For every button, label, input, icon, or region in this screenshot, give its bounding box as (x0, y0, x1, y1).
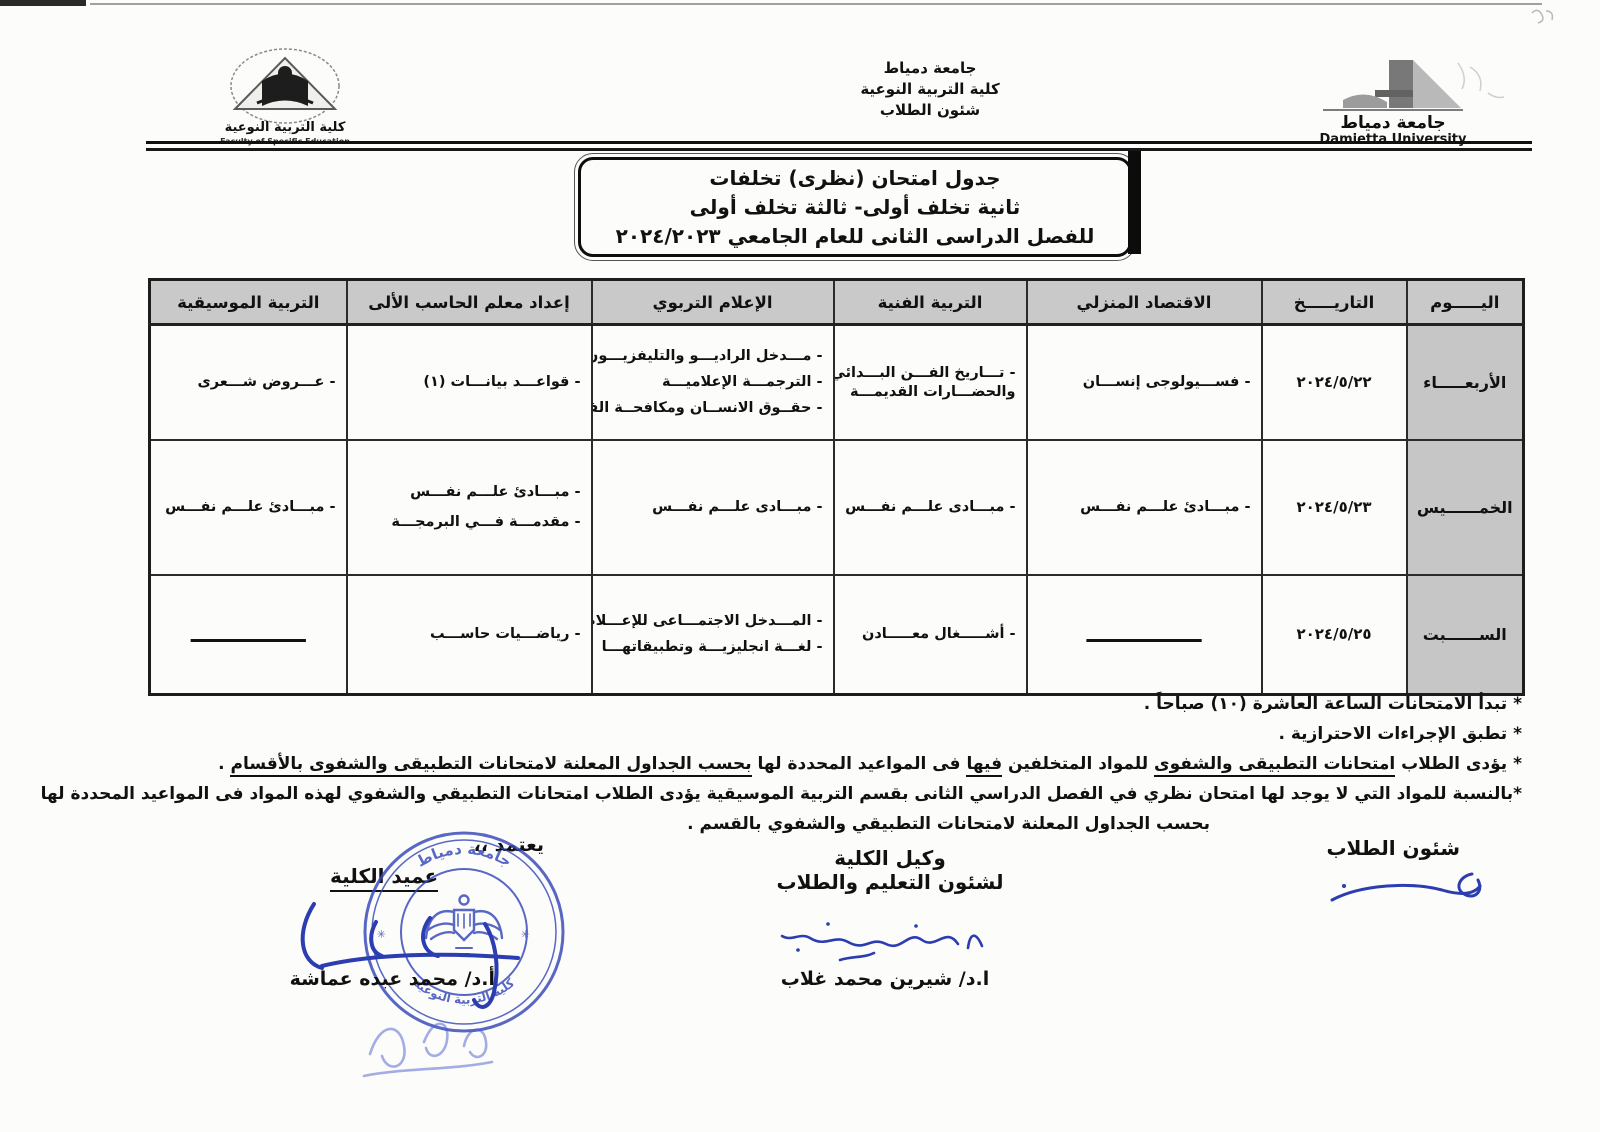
empty-dash: ــــــــــــــ (161, 629, 336, 639)
org-line-university: جامعة دمياط (780, 58, 1080, 79)
col-header-day: اليـــــوم (1407, 280, 1524, 325)
subject-cell: - أشـــــغال معـــــادن (834, 575, 1027, 695)
note-music-dept-cont: بحسب الجداول المعلنة لامتحانات التطبيقي … (687, 814, 1210, 834)
subject-cell: ــــــــــــــ (150, 575, 347, 695)
faculty-logo: كلية التربية النوعية Faculty of Specific… (205, 45, 365, 150)
exam-schedule-table: اليـــــوم التاريـــــخ الاقتصاد المنزلي… (148, 278, 1525, 696)
subject-cell: - فســـيولوجى إنســـان (1027, 325, 1262, 440)
subject-line: - مبـــادى علـــم نفـــس (845, 499, 1016, 515)
subject-cell: - رياضـــيات حاســـب (347, 575, 592, 695)
scan-bar-artifact (1128, 151, 1141, 254)
vice-dean-title-1: وكيل الكلية (770, 846, 1010, 870)
table-row: الأربعـــــاء ٢٠٢٤/٥/٢٢ - فســـيولوجى إن… (150, 325, 1524, 440)
note-segment: . (218, 754, 230, 774)
subject-line: - لغـــة انجليزيـــة وتطبيقاتهـــا (603, 639, 823, 655)
subject-cell: - مبـــادى علـــم نفـــس (834, 440, 1027, 575)
subject-line: - قواعـــد بيانـــات (١) (358, 374, 581, 390)
subject-line: - مبـــادئ علـــم نفـــس (1038, 499, 1251, 515)
subject-cell: - تـــاريخ الفـــن البـــدائي والحضـــار… (834, 325, 1027, 440)
scanned-exam-schedule-page: كلية التربية النوعية Faculty of Specific… (0, 0, 1600, 1132)
vice-dean-block: وكيل الكلية لشئون التعليم والطلاب (770, 846, 1010, 894)
org-line-student-affairs: شئون الطلاب (780, 100, 1080, 121)
note-practical-exams: * يؤدى الطلاب امتحانات التطبيقى والشفوى … (218, 754, 1522, 774)
university-logo-label-en: Damietta University (1320, 132, 1467, 147)
subject-line: - تـــاريخ الفـــن البـــدائي (845, 365, 1016, 381)
subject-cell: - مبـــادى علـــم نفـــس (592, 440, 834, 575)
note-segment: فى المواعيد المحددة لها (752, 754, 967, 774)
subject-cell: - المـــدخل الاجتمـــاعى للإعـــلام - لغ… (592, 575, 834, 695)
subject-line: - الترجمـــة الإعلاميـــة (603, 374, 823, 390)
university-logo: جامعة دمياط Damietta University (1285, 52, 1495, 147)
table-header-row: اليـــــوم التاريـــــخ الاقتصاد المنزلي… (150, 280, 1524, 325)
header-rule-top (146, 141, 1532, 144)
col-header-computer-teacher: إعداد معلم الحاسب الألى (347, 280, 592, 325)
day-cell: الخمــــــيس (1407, 440, 1524, 575)
note-segment: للمواد المتخلفين (1002, 754, 1154, 774)
subject-cell: - عـــروض شـــعرى (150, 325, 347, 440)
vice-dean-name: ا.د/ شيرين محمد غلاب (755, 968, 1015, 990)
col-header-art-education: التربية الفنية (834, 280, 1027, 325)
subject-line: - المـــدخل الاجتمـــاعى للإعـــلام (603, 613, 823, 629)
title-line-1: جدول امتحان (نظرى) تخلفات (581, 164, 1129, 193)
subject-cell: - قواعـــد بيانـــات (١) (347, 325, 592, 440)
subject-cell: - مبـــادئ علـــم نفـــس - مقدمـــة فـــ… (347, 440, 592, 575)
faculty-logo-label-ar: كلية التربية النوعية (225, 120, 346, 135)
org-header: جامعة دمياط كلية التربية النوعية شئون ال… (780, 58, 1080, 121)
subject-cell: - مـــدخل الراديـــو والتليفزيـــون - ال… (592, 325, 834, 440)
subject-line: - عـــروض شـــعرى (161, 374, 336, 390)
exam-title-box: جدول امتحان (نظرى) تخلفات ثانية تخلف أول… (578, 157, 1132, 257)
subject-line: - رياضـــيات حاســـب (358, 626, 581, 642)
header-rule-bottom (146, 148, 1532, 151)
subject-line: - حقــوق الانســان ومكافحــة الفســاد (603, 400, 823, 416)
note-precautions: * تطبق الإجراءات الاحترازية . (1278, 724, 1522, 744)
date-cell: ٢٠٢٤/٥/٢٥ (1262, 575, 1407, 695)
col-header-date: التاريـــــخ (1262, 280, 1407, 325)
subject-line: - مقدمـــة فـــي البرمجـــة (358, 514, 581, 530)
vice-dean-signature (770, 906, 1000, 970)
note-start-time: * تبدأ الامتحانات الساعة العاشرة (١٠) صب… (1144, 694, 1522, 714)
subject-line: - مبـــادى علـــم نفـــس (603, 499, 823, 515)
date-cell: ٢٠٢٤/٥/٢٢ (1262, 325, 1407, 440)
org-line-faculty: كلية التربية النوعية (780, 79, 1080, 100)
subject-cell: ــــــــــــــ (1027, 575, 1262, 695)
faint-stamp-mark (352, 992, 502, 1087)
subject-line: - فســـيولوجى إنســـان (1038, 374, 1251, 390)
dean-name: أ.د/ محمد عبده عماشة (245, 968, 495, 990)
vice-dean-title-2: لشئون التعليم والطلاب (770, 870, 1010, 894)
university-logo-label-ar: جامعة دمياط (1340, 113, 1445, 133)
title-line-2: ثانية تخلف أولى- ثالثة تخلف أولى (581, 193, 1129, 222)
col-header-educational-media: الإعلام التربوي (592, 280, 834, 325)
subject-line: - مـــدخل الراديـــو والتليفزيـــون (603, 348, 823, 364)
col-header-home-economics: الاقتصاد المنزلي (1027, 280, 1262, 325)
scan-edge-artifact (0, 0, 86, 6)
subject-line: والحضـــارات القديمـــة (845, 384, 1016, 400)
table-row: الســــــبت ٢٠٢٤/٥/٢٥ ــــــــــــــ - أ… (150, 575, 1524, 695)
note-segment: * يؤدى الطلاب (1395, 754, 1522, 774)
scan-hairline-artifact (90, 3, 1542, 5)
student-affairs-signature (1320, 856, 1500, 916)
note-segment-underlined: امتحانات التطبيقى والشفوى (1154, 754, 1395, 777)
subject-cell: - مبـــادئ علـــم نفـــس (1027, 440, 1262, 575)
note-music-dept: *بالنسبة للمواد التي لا يوجد لها امتحان … (41, 784, 1522, 804)
day-cell: الســــــبت (1407, 575, 1524, 695)
date-cell: ٢٠٢٤/٥/٢٣ (1262, 440, 1407, 575)
subject-line: - أشـــــغال معـــــادن (845, 626, 1016, 642)
note-segment-underlined: بحسب الجداول المعلنة لامتحانات التطبيقى … (230, 754, 751, 777)
title-line-3: للفصل الدراسى الثانى للعام الجامعي ٢٠٢٤/… (581, 222, 1129, 251)
table-row: الخمــــــيس ٢٠٢٤/٥/٢٣ - مبـــادئ علـــم… (150, 440, 1524, 575)
day-cell: الأربعـــــاء (1407, 325, 1524, 440)
subject-line: - مبـــادئ علـــم نفـــس (161, 499, 336, 515)
empty-dash: ــــــــــــــ (1038, 629, 1251, 639)
subject-line: - مبـــادئ علـــم نفـــس (358, 484, 581, 500)
subject-cell: - مبـــادئ علـــم نفـــس (150, 440, 347, 575)
col-header-music-education: التربية الموسيقية (150, 280, 347, 325)
note-segment-underlined: فيها (966, 754, 1002, 777)
